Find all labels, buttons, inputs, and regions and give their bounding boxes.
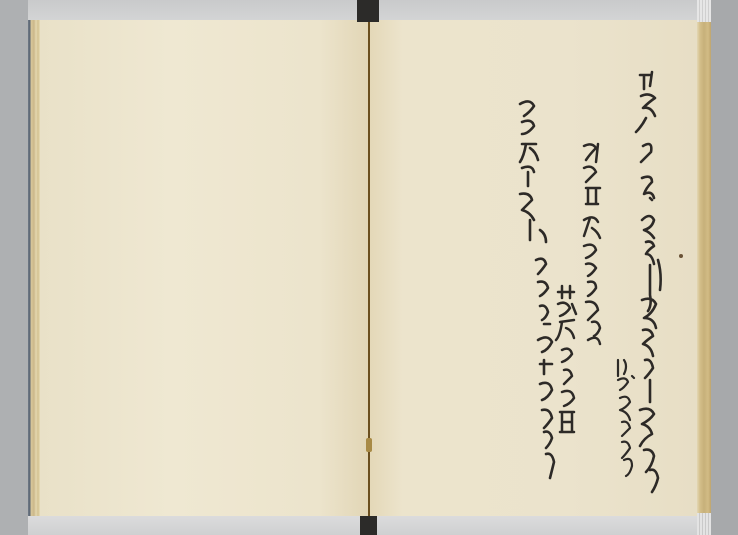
page-stack-edge-bottom xyxy=(697,513,711,535)
calligraphy-strokes xyxy=(500,60,700,500)
background-left xyxy=(0,0,28,535)
binding-knot xyxy=(366,438,372,452)
calligraphy-text: cursive column of kana (illegible) cursi… xyxy=(500,60,700,500)
page-stack-edge-top xyxy=(697,0,711,22)
left-page xyxy=(40,20,368,516)
holder-clip-bottom xyxy=(360,516,377,535)
background-right xyxy=(711,0,738,535)
column-2 xyxy=(618,360,634,476)
book-cover-edge xyxy=(28,20,40,516)
column-3 xyxy=(584,144,600,344)
holder-clip-top xyxy=(357,0,379,22)
column-1 xyxy=(636,72,661,492)
column-4 xyxy=(556,286,576,432)
column-5 xyxy=(520,101,554,478)
